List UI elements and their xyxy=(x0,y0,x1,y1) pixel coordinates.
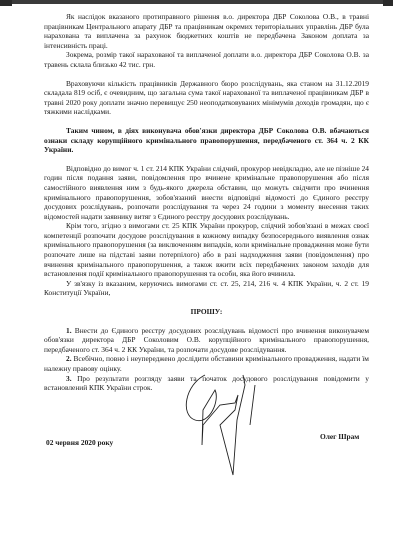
paragraph-legal-basis: У зв'язку із вказаним, керуючись вимогам… xyxy=(44,279,369,298)
handwritten-signature-icon xyxy=(175,365,275,505)
document-date: 02 червня 2020 року xyxy=(46,438,113,447)
request-number: 1. xyxy=(66,326,72,335)
paragraph-conclusion: Таким чином, в діях виконувача обов'язки… xyxy=(44,126,369,155)
paragraph-bonus-amount: Зокрема, розмір такої нарахованої та вип… xyxy=(44,50,369,69)
paragraph-employee-count: Враховуючи кількість працівників Державн… xyxy=(44,79,369,117)
request-number: 2. xyxy=(66,354,72,363)
paragraph-consequence: Як наслідок вказаного протиправного ріше… xyxy=(44,12,369,50)
paragraph-article-25: Крім того, згідно з вимогами ст. 25 КПК … xyxy=(44,221,369,279)
signatory-name: Олег Шрам xyxy=(320,432,359,441)
paragraph-article-214: Відповідно до вимог ч. 1 ст. 214 КПК Укр… xyxy=(44,164,369,222)
signature-row: 02 червня 2020 року Олег Шрам xyxy=(44,438,369,458)
request-text: Внести до Єдиного реєстру досудових розс… xyxy=(44,326,369,354)
request-heading: ПРОШУ: xyxy=(44,307,369,317)
request-item-1: 1. Внести до Єдиного реєстру досудових р… xyxy=(44,326,369,355)
scan-border-left-cap xyxy=(0,0,12,6)
request-number: 3. xyxy=(66,374,72,383)
scan-top-border xyxy=(0,0,393,4)
document-body: Як наслідок вказаного протиправного ріше… xyxy=(44,12,369,393)
scan-border-right-cap xyxy=(383,0,393,6)
